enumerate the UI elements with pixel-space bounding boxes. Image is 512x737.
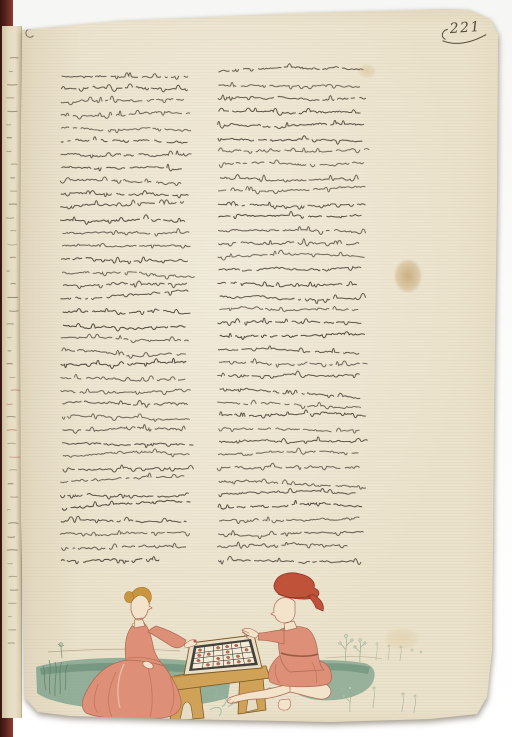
manuscript-page: 221 [0, 0, 512, 737]
handwritten-text-lines [216, 62, 370, 580]
game-piece-mark [237, 661, 240, 663]
game-piece-mark [217, 663, 220, 665]
game-piece-mark [197, 659, 200, 661]
man-tunic [258, 626, 332, 686]
game-piece-mark [198, 654, 201, 656]
folio-number-text: 221 [448, 19, 481, 37]
foxing-stain [394, 259, 422, 293]
foxing-stain [358, 64, 376, 78]
board-cell [192, 663, 203, 669]
woman-figure [82, 587, 197, 719]
game-piece-mark [227, 656, 230, 658]
man-foot-second [278, 699, 290, 710]
game-piece-mark [198, 649, 201, 651]
game-piece-mark [248, 660, 251, 662]
game-piece-held [194, 640, 197, 643]
page-wrap: 221 [0, 0, 512, 737]
game-piece-mark [206, 664, 209, 666]
pen-curl-mark [21, 26, 37, 42]
game-piece-mark [207, 653, 210, 655]
foxing-stain [384, 628, 420, 650]
game-piece-mark [236, 655, 239, 657]
game-piece-mark [226, 651, 229, 653]
game-piece-mark [227, 662, 230, 664]
text-column-right [216, 62, 370, 580]
handwritten-text-lines [59, 66, 195, 580]
manuscript-photo: 221 [0, 0, 512, 737]
game-piece-mark [217, 647, 220, 649]
man-head [271, 598, 297, 631]
text-column-left [59, 66, 195, 580]
game-piece-mark [235, 644, 238, 646]
woman-hair-bun [125, 592, 134, 603]
game-piece-mark [217, 657, 220, 659]
game-piece-mark [226, 645, 229, 647]
folio-number: 221 [437, 15, 495, 49]
game-piece-mark [245, 649, 248, 651]
